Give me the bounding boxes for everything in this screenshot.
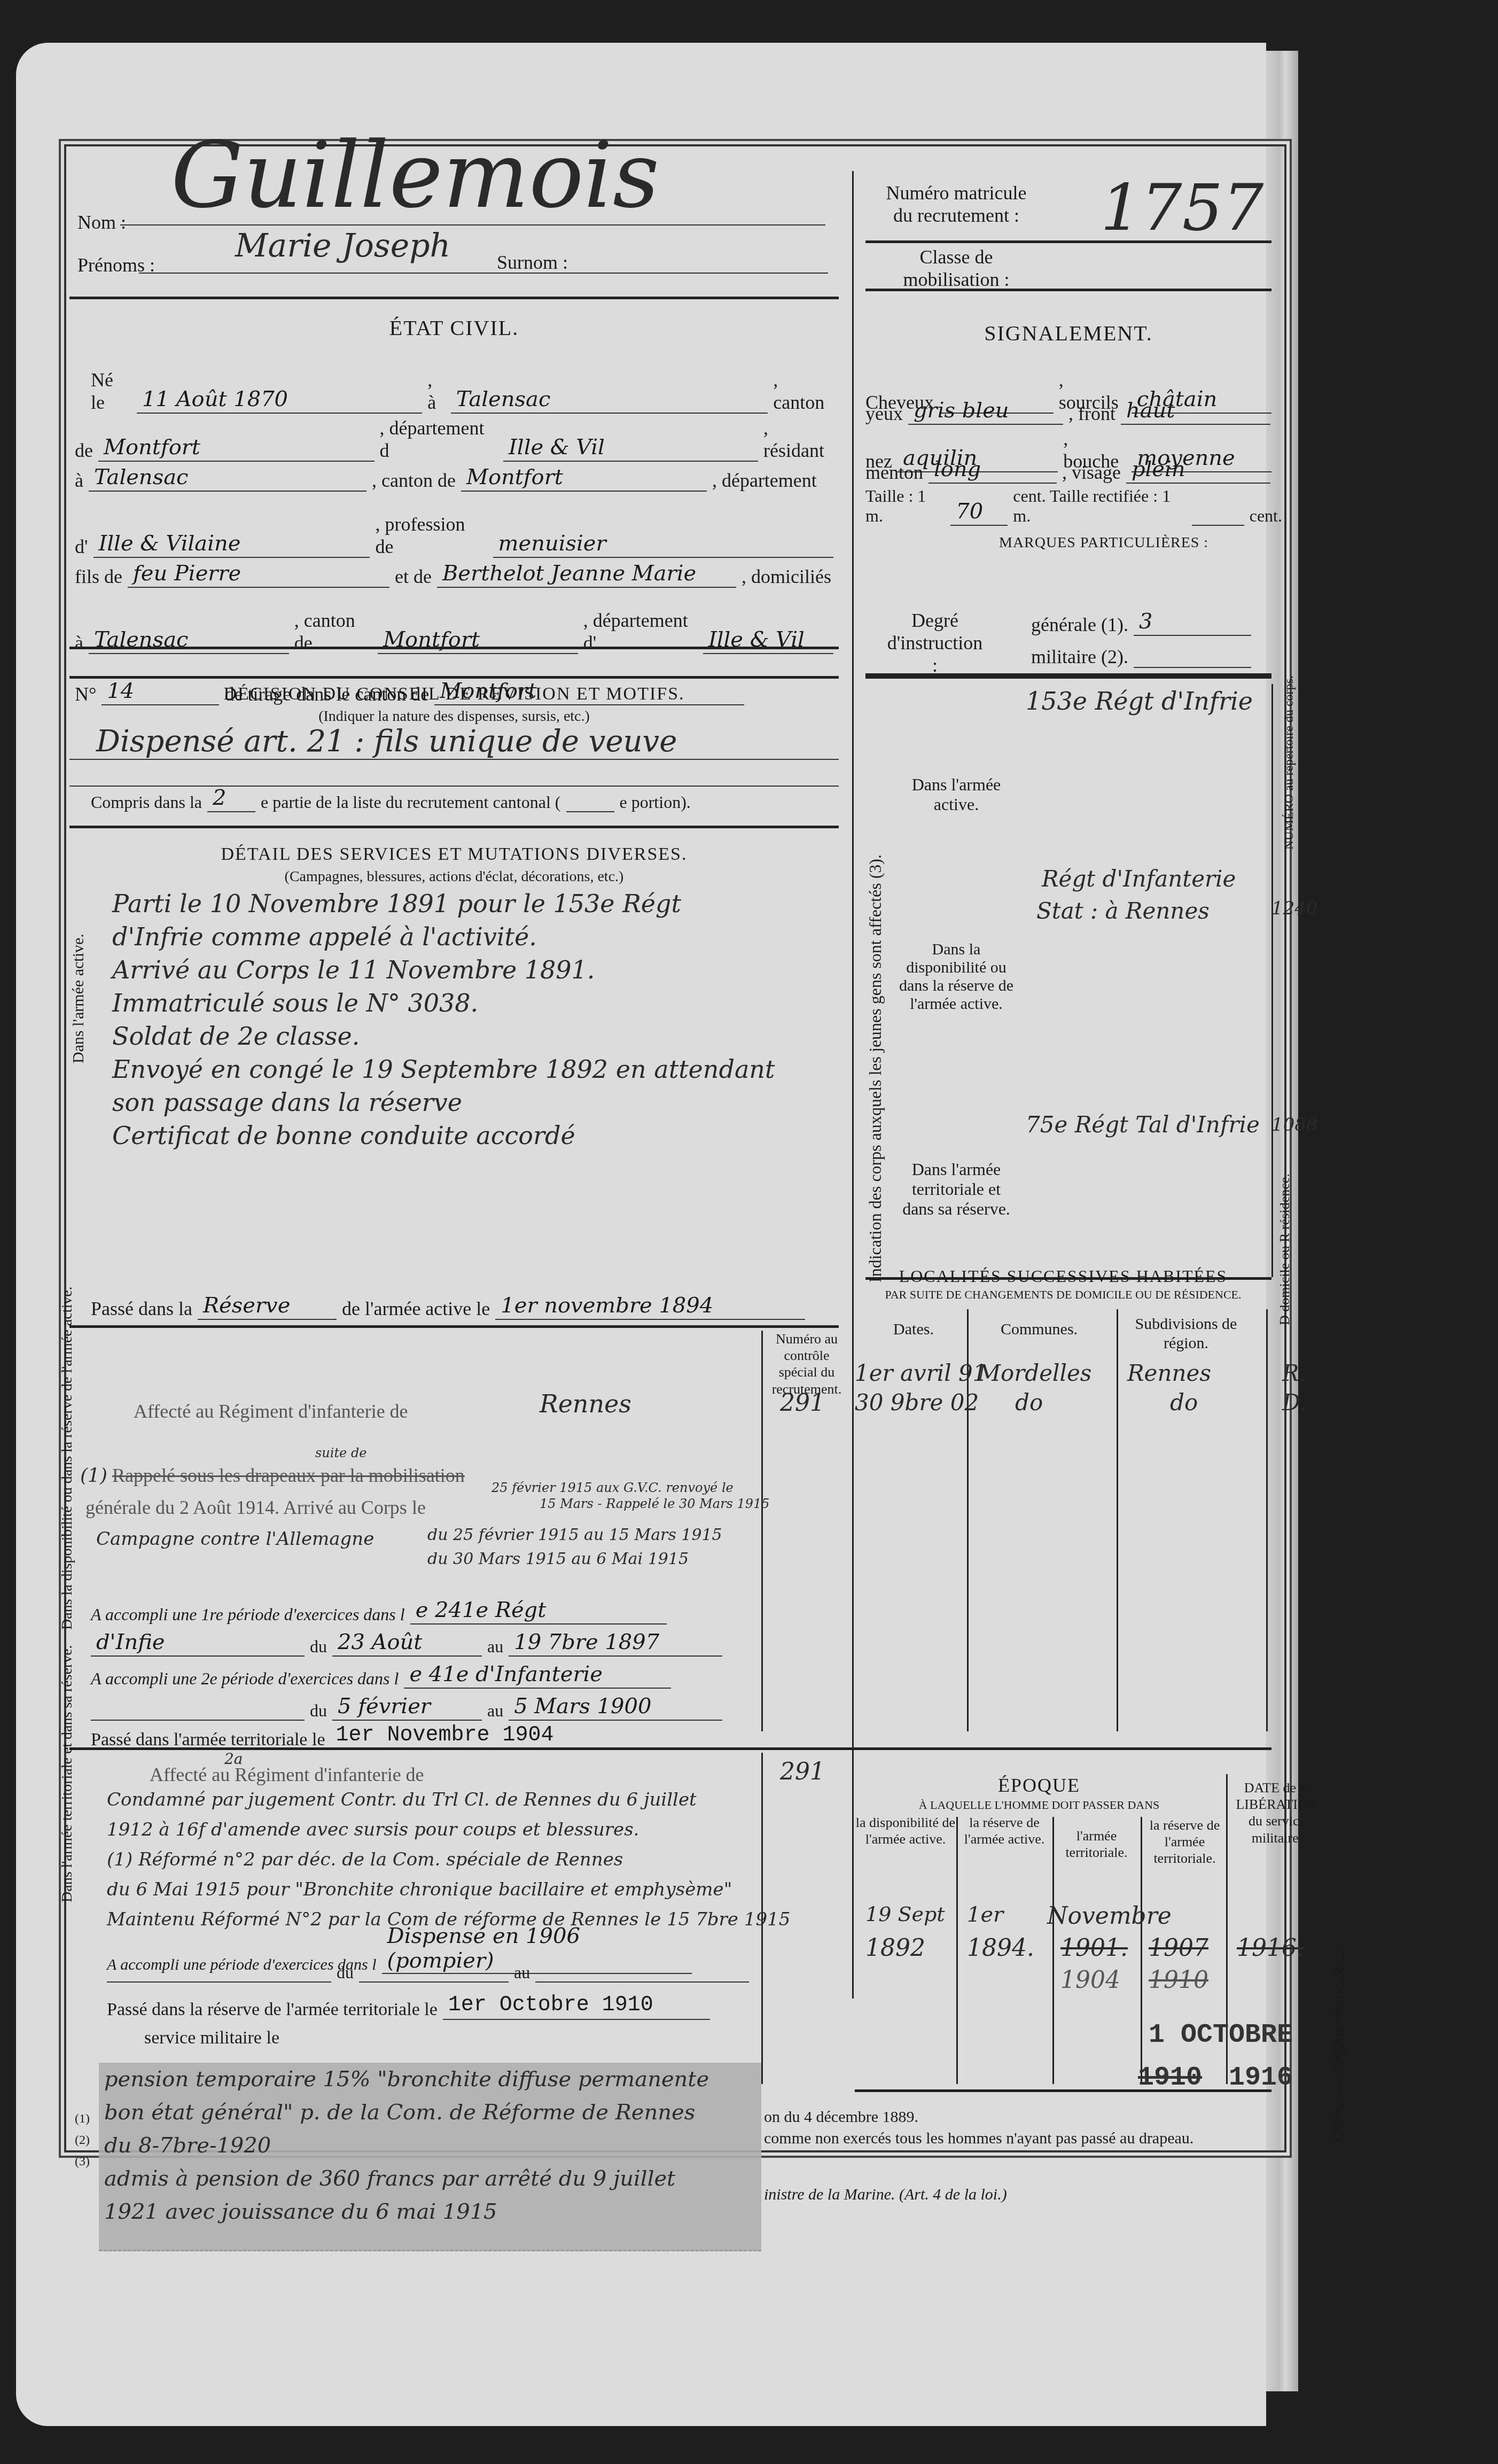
epoque-territoriale-struck: 1901. [1060, 1934, 1128, 1962]
classe-label: Classe de mobilisation : [876, 246, 1036, 291]
services-title: DÉTAIL DES SERVICES ET MUTATIONS DIVERSE… [107, 844, 801, 865]
periode2-du: 5 février [332, 1694, 482, 1721]
visage: plein [1126, 457, 1270, 484]
birth-departement: Ille & Vil [503, 435, 758, 462]
reserve-numero: 291 [780, 1389, 825, 1417]
pension-note-slip: pension temporaire 15% "bronchite diffus… [99, 2063, 761, 2251]
corps-disponibilite-numero: 1240 [1271, 898, 1318, 919]
parents-departement: Ille & Vil [703, 627, 833, 654]
stamp-date: 1 OCTOBRE [1149, 2020, 1293, 2050]
corps-territoriale-numero: 1088 [1271, 1114, 1318, 1136]
corps-active: 153e Régt d'Infrie [1026, 687, 1253, 716]
instruction-label: Degré d'instruction : [887, 609, 983, 677]
territoriale-reserve-date: 1er Octobre 1910 [443, 1993, 710, 2020]
localite-subdivision-2: do [1170, 1389, 1198, 1416]
reserve-affecte-ville: Rennes [540, 1389, 631, 1418]
yeux: gris bleu [908, 398, 1063, 425]
surnom-label: Surnom : [497, 251, 568, 274]
father: feu Pierre [128, 561, 389, 588]
localite-subdivision-1: Rennes [1127, 1360, 1211, 1386]
localite-dr-1: R. [1282, 1360, 1306, 1386]
epoque-reserve: 1894. [967, 1934, 1034, 1962]
liberation-struck: 1916. [1237, 1934, 1304, 1962]
localite-dr-2: D. [1282, 1389, 1307, 1416]
corps-territoriale: 75e Régt Tal d'Infrie [1026, 1111, 1260, 1138]
birth-place: Talensac [451, 387, 768, 414]
residence-departement: Ille & Vilaine [93, 531, 370, 558]
campagne-2: du 30 Mars 1915 au 6 Mai 1915 [427, 1550, 689, 1568]
periode2-corps: e 41e d'Infanterie [404, 1662, 671, 1689]
passe-reserve: Réserve [198, 1293, 337, 1320]
epoque-territoriale: 1904 [1060, 1966, 1120, 1994]
nom-label: Nom : [77, 211, 126, 234]
etat-civil-title: ÉTAT CIVIL. [321, 315, 588, 340]
profession: menuisier [493, 531, 833, 558]
parents-canton: Montfort [378, 627, 578, 654]
services-text: Parti le 10 Novembre 1891 pour le 153e R… [112, 887, 775, 1152]
reserve-affecte-stamp: Affecté au Régiment d'infanterie de [134, 1400, 408, 1423]
compris-partie: 2 [207, 786, 255, 812]
epoque-title: ÉPOQUE [865, 1774, 1213, 1797]
parents-domicile: Talensac [89, 627, 289, 654]
passe-reserve-date: 1er novembre 1894 [495, 1293, 805, 1320]
birth-date: 11 Août 1870 [137, 387, 422, 414]
birth-row: Né le 11 Août 1870 , à Talensac , canton [91, 369, 833, 414]
periode1-corps: e 241e Régt [410, 1598, 667, 1624]
localites-title: LOCALITÉS SUCCESSIVES HABITÉES [865, 1266, 1261, 1286]
matricule-number: 1757 [1101, 171, 1263, 245]
mother: Berthelot Jeanne Marie [437, 561, 736, 588]
epoque-reserve-territoriale-struck: 1907 [1149, 1934, 1208, 1962]
menton: long [929, 457, 1057, 484]
localite-commune-1: Mordelles [978, 1360, 1091, 1386]
epoque-disponibilite: 1892 [865, 1934, 925, 1962]
territoriale-text: Condamné par jugement Contr. du Trl Cl. … [107, 1785, 790, 1934]
taille: 70 [950, 499, 1008, 526]
registre-margin: Guerre. — Registre matricule. 2 [1330, 1950, 1347, 2143]
campagne-1: du 25 février 1915 au 15 Mars 1915 [427, 1526, 722, 1544]
periode2-au: 5 Mars 1900 [509, 1694, 722, 1721]
campagne-label: Campagne contre l'Allemagne [96, 1528, 374, 1550]
instruction-generale: 3 [1134, 609, 1251, 636]
signalement-title: SIGNALEMENT. [962, 321, 1175, 346]
residence-canton: Montfort [461, 465, 707, 492]
surname: Guillemois [171, 123, 659, 229]
localite-date-2: 30 9bre 02 [855, 1389, 979, 1416]
periode1-du: 23 Août [332, 1630, 482, 1657]
prenoms: Marie Joseph [235, 227, 450, 265]
localite-commune-2: do [1015, 1389, 1043, 1416]
corps-disponibilite-1: Régt d'Infanterie [1042, 866, 1236, 892]
corps-disponibilite-2: Stat : à Rennes [1036, 898, 1210, 924]
corps-side-label: Indication des corps auxquels les jeunes… [865, 854, 885, 1282]
pension-note-text: pension temporaire 15% "bronchite diffus… [104, 2063, 709, 2228]
periode1-au: 19 7bre 1897 [509, 1630, 722, 1657]
marques-label: MARQUES PARTICULIÈRES : [999, 534, 1208, 551]
birth-canton: Montfort [98, 435, 374, 462]
matricule-label: Numéro matricule du recrutement : [876, 182, 1036, 227]
decision-title: DÉCISION DU CONSEIL DE REVISION ET MOTIF… [107, 684, 801, 704]
residence: Talensac [89, 465, 366, 492]
territoriale-date: 1er Novembre 1904 [331, 1723, 651, 1750]
localite-date-1: 1er avril 91 [855, 1360, 987, 1386]
front: haut [1121, 398, 1270, 425]
decision-text: Dispensé art. 21 : fils unique de veuve [96, 724, 677, 759]
